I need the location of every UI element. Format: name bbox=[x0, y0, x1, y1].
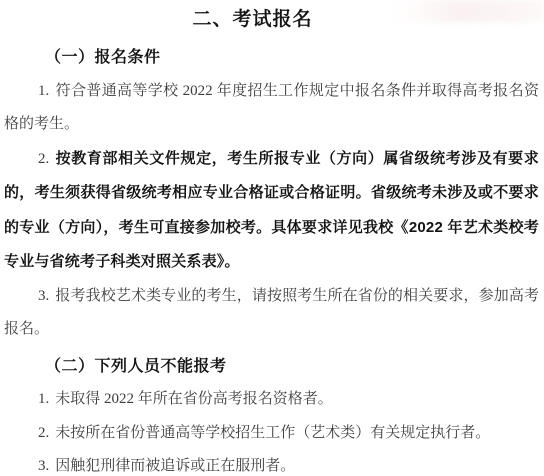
paragraph-text: 未按所在省份普通高等学校招生工作（艺术类）有关规定执行者。 bbox=[55, 425, 490, 441]
paragraph-text: 报考我校艺术类专业的考生，请按照考生所在省份的相关要求，参加高考报名。 bbox=[4, 288, 539, 338]
list-number: 1. bbox=[38, 391, 49, 407]
section-2-heading: （二）下列人员不能报考 bbox=[4, 350, 539, 384]
section-2-paragraph-3: 3.因触犯刑律而被追诉或正在服刑者。 bbox=[4, 450, 539, 476]
document-page: 二、考试报名 （一）报名条件 1.符合普通高等学校 2022 年度招生工作规定中… bbox=[0, 0, 544, 476]
section-1-paragraph-2: 2.按教育部相关文件规定，考生所报专业（方向）属省级统考涉及有要求的，考生须获得… bbox=[4, 142, 539, 280]
section-1-heading: （一）报名条件 bbox=[4, 41, 539, 75]
section-2-paragraph-2: 2.未按所在省份普通高等学校招生工作（艺术类）有关规定执行者。 bbox=[4, 417, 539, 451]
section-2-paragraph-1: 1.未取得 2022 年所在省份高考报名资格者。 bbox=[4, 383, 539, 417]
list-number: 1. bbox=[38, 83, 49, 99]
document-title: 二、考试报名 bbox=[4, 2, 501, 38]
paragraph-text: 按教育部相关文件规定，考生所报专业（方向）属省级统考涉及有要求的，考生须获得省级… bbox=[4, 150, 539, 271]
section-1-paragraph-3: 3.报考我校艺术类专业的考生，请按照考生所在省份的相关要求，参加高考报名。 bbox=[4, 280, 539, 347]
list-number: 2. bbox=[38, 151, 49, 167]
paragraph-text: 未取得 2022 年所在省份高考报名资格者。 bbox=[55, 391, 333, 407]
list-number: 2. bbox=[38, 425, 49, 441]
paragraph-text: 因触犯刑律而被追诉或正在服刑者。 bbox=[55, 458, 295, 474]
list-number: 3. bbox=[38, 458, 49, 474]
paragraph-text: 符合普通高等学校 2022 年度招生工作规定中报名条件并取得高考报名资格的考生。 bbox=[4, 83, 539, 133]
section-1-paragraph-1: 1.符合普通高等学校 2022 年度招生工作规定中报名条件并取得高考报名资格的考… bbox=[4, 75, 539, 142]
list-number: 3. bbox=[38, 288, 49, 304]
